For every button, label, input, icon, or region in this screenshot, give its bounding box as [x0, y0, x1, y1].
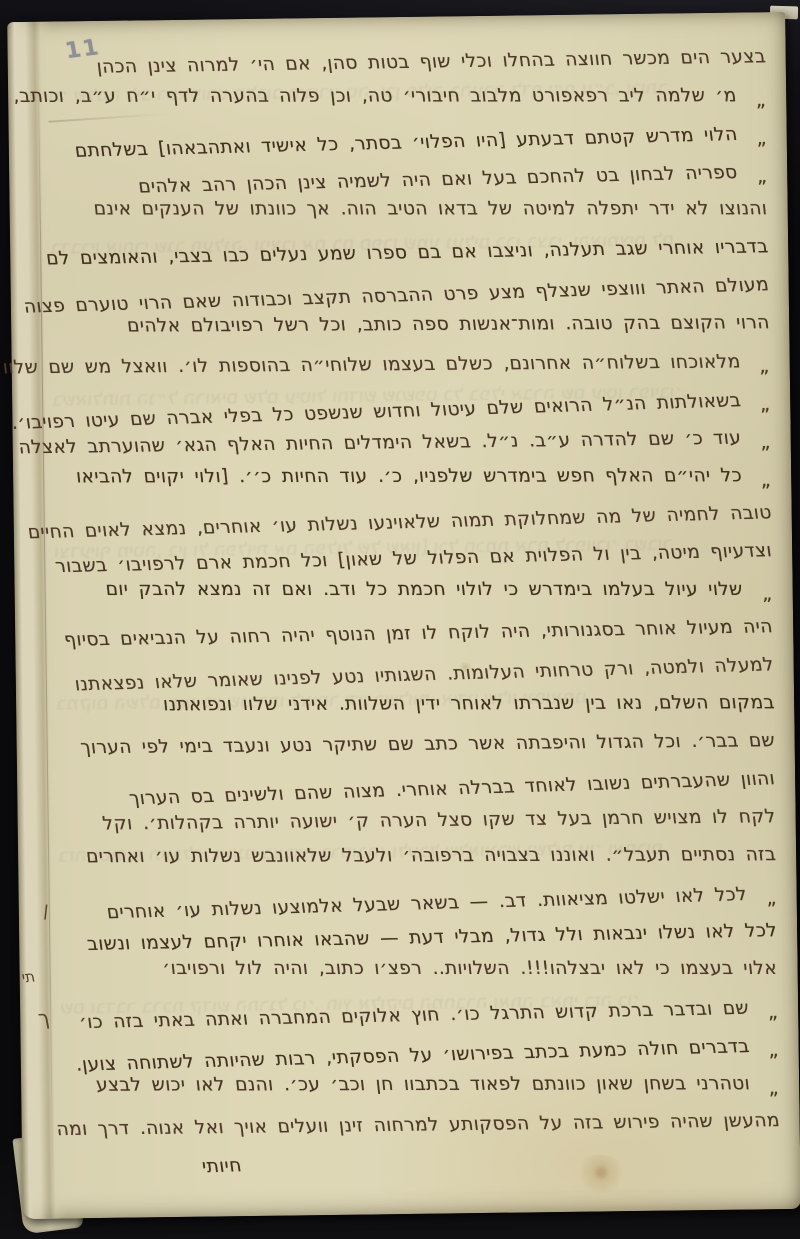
handwriting-line: הרוי הקוצם בהק טובה. ומות־אנשות ספה כותב… — [57, 304, 769, 346]
handwriting-line-text: חיותי — [200, 1147, 245, 1186]
handwriting-line: מהעשן שהיה פירוש בזה על הפסקותע למרחוה ז… — [67, 1102, 779, 1149]
handwriting-line-text: שלוי עיול בעלמו בימדרש כי לולוי חכמת כל … — [104, 571, 745, 609]
handwriting-line: שם בבר׳. וכל הגדול והיפבתה אשר כתב שם שת… — [63, 722, 775, 767]
handwritten-text: בצער הים מכשר חווצה בהחלו וכלי שוף בטות … — [54, 38, 781, 1187]
handwriting-line: חיותי — [68, 1147, 243, 1190]
photo-background: 11 מ׳ שלמה ליב רפאפורט מלבוב חיבורי׳ טה,… — [0, 0, 800, 1239]
handwriting-line: והנוצו לא ידר יתפלה למיטה של בדאו הטיב ה… — [56, 190, 768, 228]
handwriting-line-text: מ׳ שלמה ליב רפאפורט מלבוב חיבורי׳ טה, וכ… — [11, 77, 738, 116]
handwriting-line-text: הרוי הקוצם בהק טובה. ומות־אנשות ספה כותב… — [125, 304, 772, 345]
handwriting-line: „ שלוי עיול בעלמו בימדרש כי לולוי חכמת כ… — [61, 570, 773, 608]
handwriting-line-text: וטהרני בשחן שאון כוונתם לפאוד בכתבוו חן … — [94, 1065, 752, 1104]
handwriting-line: „ וטהרני בשחן שאון כוונתם לפאוד בכתבוו ח… — [67, 1064, 779, 1104]
handwriting-line-text: שם בבר׳. וכל הגדול והיפבתה אשר כתב שם שת… — [78, 722, 777, 767]
handwriting-line: „ מ׳ שלמה ליב רפאפורט מלבוב חיבורי׳ טה, … — [54, 76, 766, 115]
ink-stain — [570, 1154, 627, 1195]
manuscript-page: 11 מ׳ שלמה ליב רפאפורט מלבוב חיבורי׳ טה,… — [7, 12, 800, 1219]
handwriting-line: בזה נסתיים תעבל״. ואוננו בצבויה ברפובה׳ … — [64, 836, 776, 876]
handwriting-line-text: בזה נסתיים תעבל״. ואוננו בצבויה ברפובה׳ … — [84, 836, 778, 876]
handwriting-line-text: במקום השלם, נאו בין שנברתו לאוחר ידין הש… — [161, 684, 777, 724]
handwriting-line: במקום השלם, נאו בין שנברתו לאוחר ידין הש… — [62, 684, 774, 724]
handwriting-line-text: אלוי בעצמו כי לאו יבצלהו!!!. השלויות.. ר… — [161, 950, 780, 988]
handwriting-line: אלוי בעצמו כי לאו יבצלהו!!!. השלויות.. ר… — [66, 950, 778, 988]
handwriting-line-text: מלאוכחו בשלוח״ה אחרונם, כשלם בעצמו שלוחי… — [0, 343, 742, 387]
handwriting-line: „ מלאוכחו בשלוח״ה אחרונם, כשלם בעצמו שלו… — [58, 342, 770, 386]
handwriting-line-text: כל יהי״ם האלף חפש בימדרש שלפניו, כ׳. עוד… — [74, 457, 744, 496]
handwriting-line-text: מהעשן שהיה פירוש בזה על הפסקותע למרחוה ז… — [54, 1102, 782, 1149]
handwriting-line-text: והנוצו לא ידר יתפלה למיטה של בדאו הטיב ה… — [92, 190, 770, 228]
handwriting-line: „ כל יהי״ם האלף חפש בימדרש שלפניו, כ׳. ע… — [59, 456, 771, 495]
